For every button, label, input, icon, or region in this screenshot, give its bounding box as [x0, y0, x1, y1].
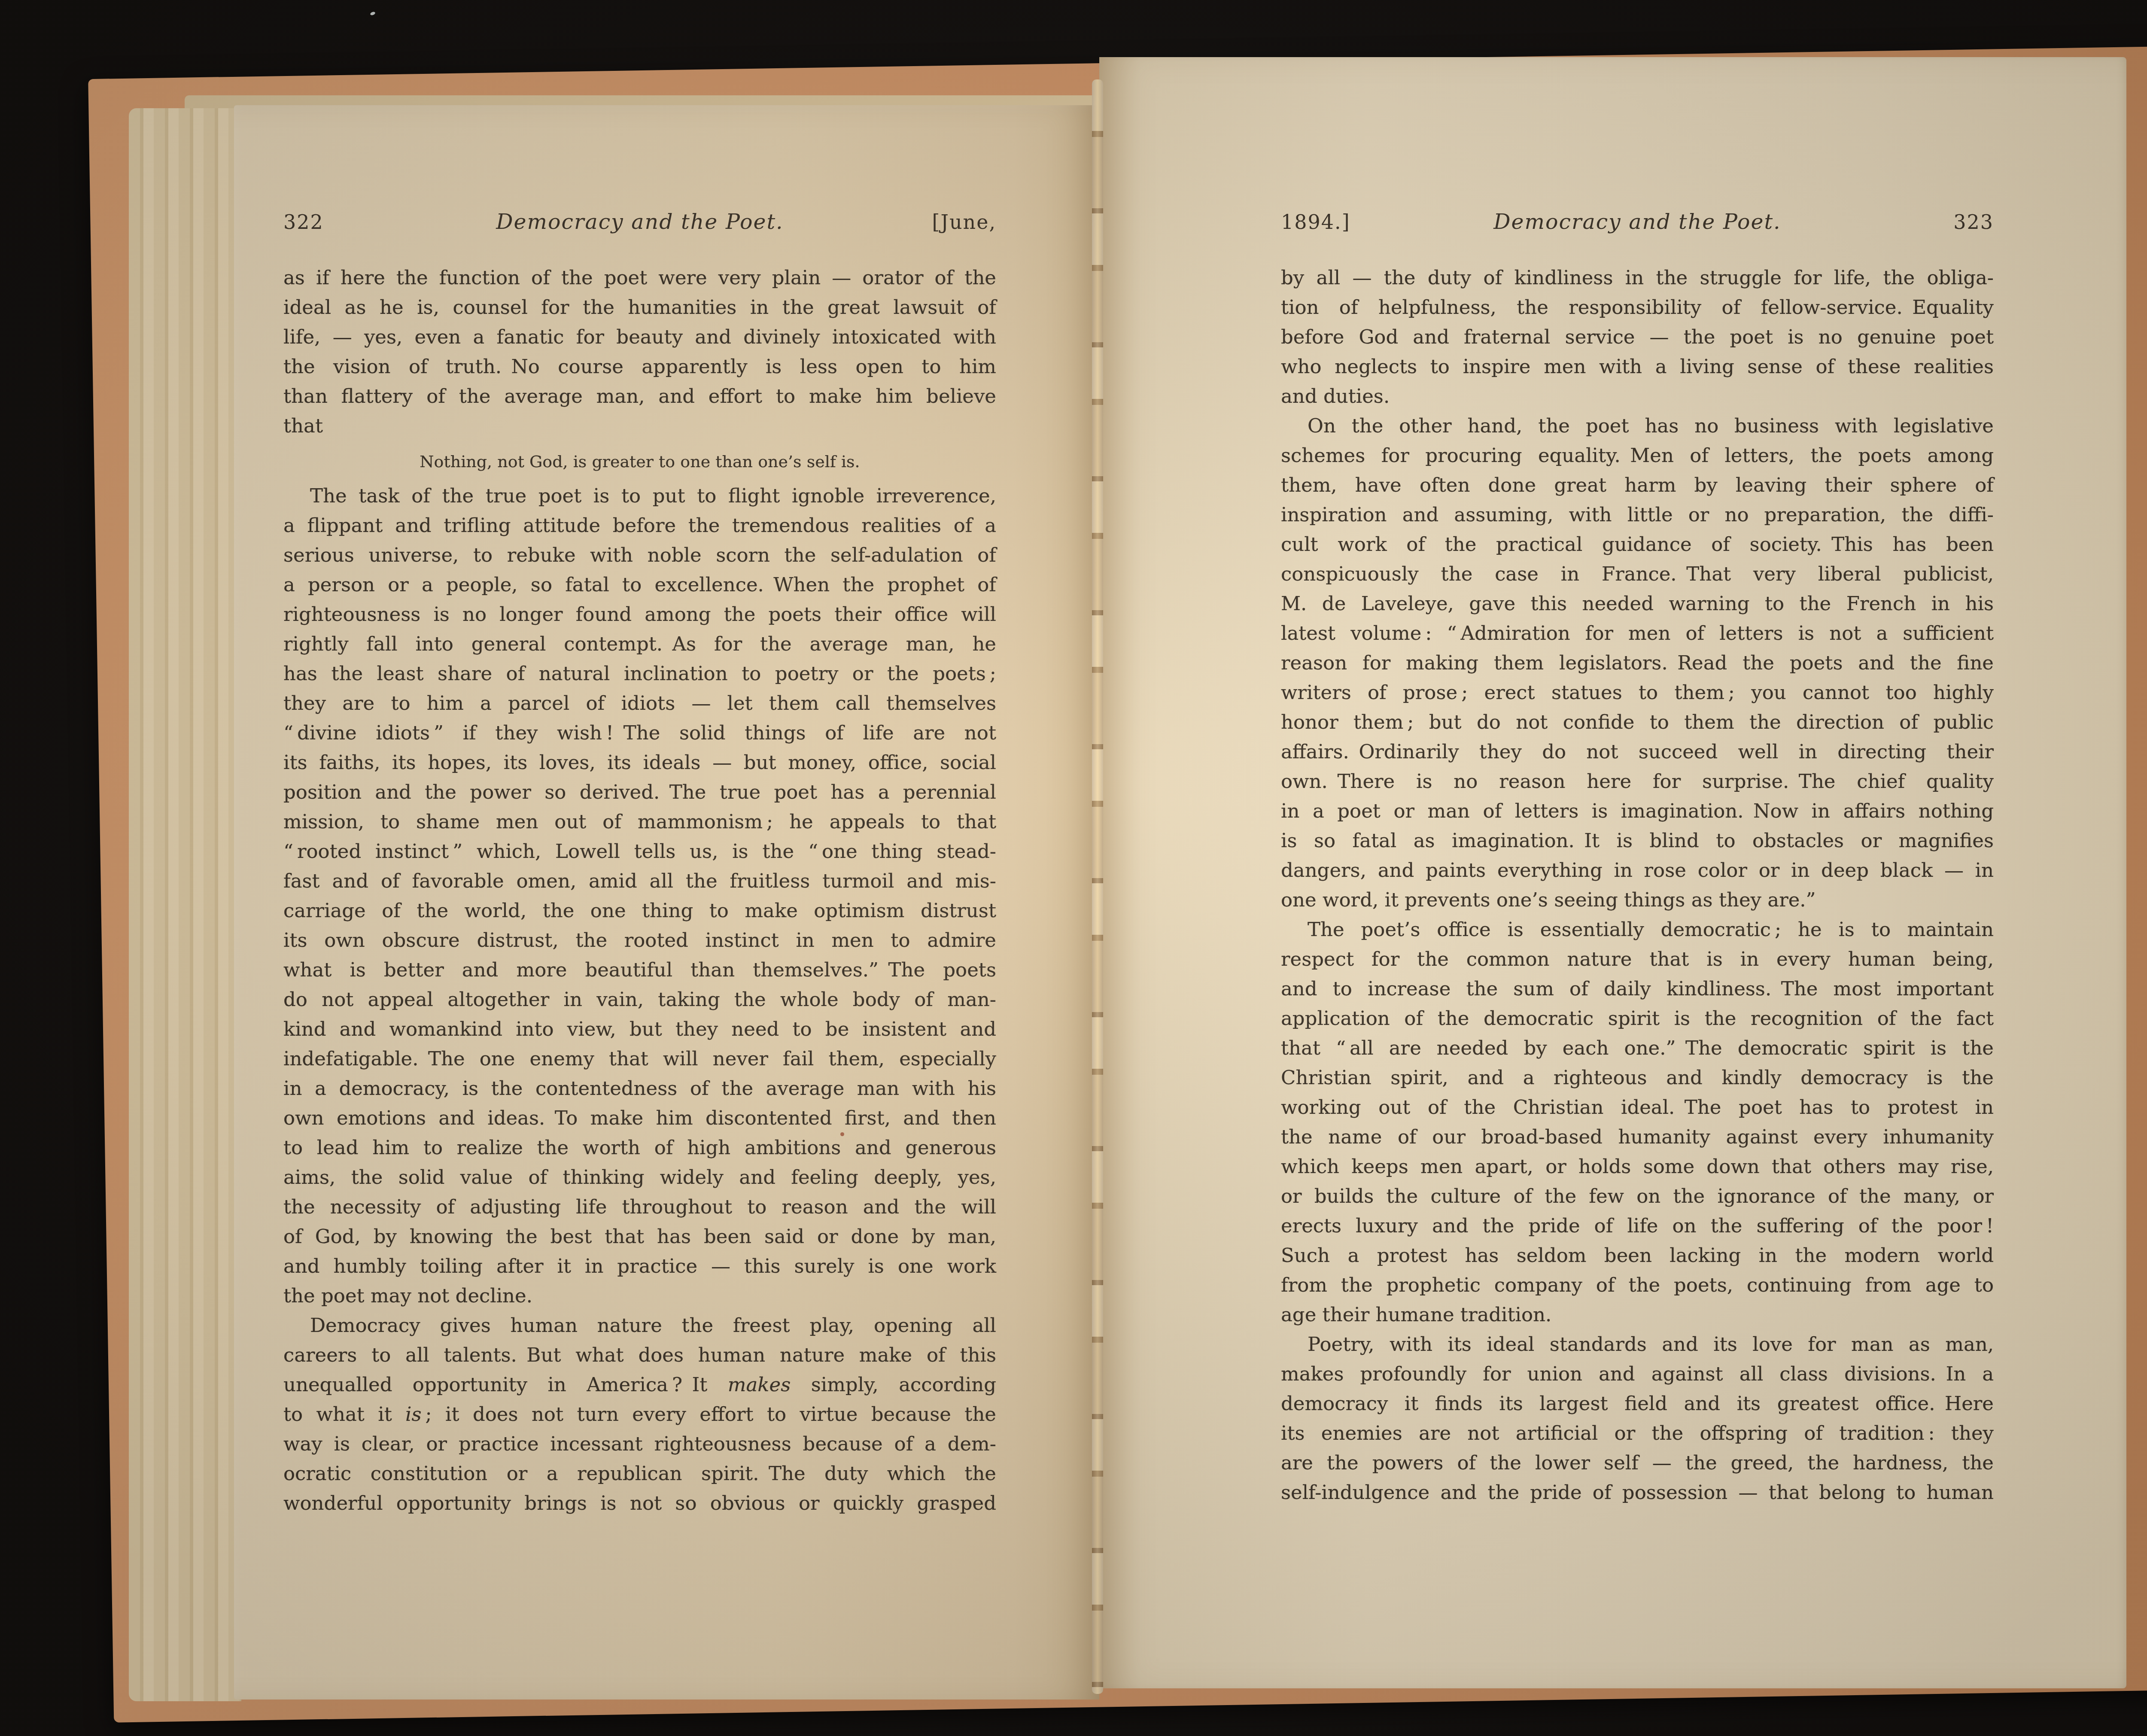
text-line: mission, to shame men out of mammonism ;… — [283, 807, 996, 836]
text-line: careers to all talents. But what does hu… — [283, 1340, 996, 1370]
scanned-book-spread: 322 Democracy and the Poet. [June, as if… — [0, 0, 2147, 1736]
text-line: own emotions and ideas. To make him disc… — [283, 1103, 996, 1133]
text-line: from the prophetic company of the poets,… — [1281, 1270, 1994, 1300]
text-line: to what it is ; it does not turn every e… — [283, 1399, 996, 1429]
text-line: unequalled opportunity in America ? It m… — [283, 1370, 996, 1399]
text-line: conspicuously the case in France. That v… — [1281, 559, 1994, 589]
paragraph: Poetry, with its ideal standards and its… — [1281, 1329, 1994, 1507]
text-line: indefatigable. The one enemy that will n… — [283, 1044, 996, 1073]
text-line: righteousness is no longer found among t… — [283, 599, 996, 629]
quote-line: Nothing, not God, is greater to one than… — [283, 449, 996, 474]
text-line: ideal as he is, counsel for the humaniti… — [283, 292, 996, 322]
text-line: wonderful opportunity brings is not so o… — [283, 1488, 996, 1518]
text-line: affairs. Ordinarily they do not succeed … — [1281, 737, 1994, 766]
page-number: 323 — [1953, 210, 1994, 234]
text-line: than flattery of the average man, and ef… — [283, 381, 996, 411]
text-line: On the other hand, the poet has no busin… — [1281, 411, 1994, 441]
text-line: in a democracy, is the contentedness of … — [283, 1073, 996, 1103]
page-header: 322 Democracy and the Poet. [June, — [283, 210, 996, 240]
text-line: are the powers of the lower self — the g… — [1281, 1448, 1994, 1478]
paragraph: by all — the duty of kindliness in the s… — [1281, 263, 1994, 411]
text-line: tion of helpfulness, the responsibility … — [1281, 292, 1994, 322]
text-line: position and the power so derived. The t… — [283, 777, 996, 807]
paragraph: as if here the function of the poet were… — [283, 263, 996, 441]
text-line: Christian spirit, and a righteous and ki… — [1281, 1063, 1994, 1092]
text-line: the poet may not decline. — [283, 1281, 996, 1310]
text-line: Poetry, with its ideal standards and its… — [1281, 1329, 1994, 1359]
text-line: Such a protest has seldom been lacking i… — [1281, 1240, 1994, 1270]
text-line: “ divine idiots ” if they wish ! The sol… — [283, 718, 996, 748]
text-line: erects luxury and the pride of life on t… — [1281, 1211, 1994, 1240]
text-line: who neglects to inspire men with a livin… — [1281, 352, 1994, 381]
date-note: [June, — [932, 210, 996, 234]
left-page: 322 Democracy and the Poet. [June, as if… — [234, 105, 1099, 1700]
text-line: that “ all are needed by each one.” The … — [1281, 1033, 1994, 1063]
text-line: fast and of favorable omen, amid all the… — [283, 866, 996, 896]
text-line: is so fatal as imagination. It is blind … — [1281, 826, 1994, 855]
text-line: and humbly toiling after it in practice … — [283, 1251, 996, 1281]
text-line: in a poet or man of letters is imaginati… — [1281, 796, 1994, 826]
page-body: as if here the function of the poet were… — [283, 263, 996, 1518]
text-line: a flippant and trifling attitude before … — [283, 511, 996, 540]
text-line: reason for making them legislators. Read… — [1281, 648, 1994, 678]
text-line: and duties. — [1281, 381, 1994, 411]
text-line: self-indulgence and the pride of possess… — [1281, 1478, 1994, 1507]
text-line: its own obscure distrust, the rooted ins… — [283, 925, 996, 955]
text-line: democracy it finds its largest field and… — [1281, 1389, 1994, 1418]
text-line: schemes for procuring equality. Men of l… — [1281, 441, 1994, 470]
page-header: 1894.] Democracy and the Poet. 323 — [1281, 210, 1994, 240]
text-line: what is better and more beautiful than t… — [283, 955, 996, 985]
text-line: that — [283, 411, 996, 441]
text-line: has the least share of natural inclinati… — [283, 659, 996, 688]
paragraph: Democracy gives human nature the freest … — [283, 1310, 996, 1518]
page-body: by all — the duty of kindliness in the s… — [1281, 263, 1994, 1507]
text-line: The task of the true poet is to put to f… — [283, 481, 996, 511]
text-line: kind and womankind into view, but they n… — [283, 1014, 996, 1044]
text-line: cult work of the practical guidance of s… — [1281, 529, 1994, 559]
text-line: dangers, and paints everything in rose c… — [1281, 855, 1994, 885]
text-line: do not appeal altogether in vain, taking… — [283, 985, 996, 1014]
text-line: The poet’s office is essentially democra… — [1281, 915, 1994, 944]
text-line: the necessity of adjusting life througho… — [283, 1192, 996, 1222]
text-line: to lead him to realize the worth of high… — [283, 1133, 996, 1162]
text-line: working out of the Christian ideal. The … — [1281, 1092, 1994, 1122]
text-line: the vision of truth. No course apparentl… — [283, 352, 996, 381]
paragraph: On the other hand, the poet has no busin… — [1281, 411, 1994, 915]
text-line: or builds the culture of the few on the … — [1281, 1181, 1994, 1211]
page-edges-left — [129, 108, 241, 1701]
text-line: before God and fraternal service — the p… — [1281, 322, 1994, 352]
text-line: its enemies are not artificial or the of… — [1281, 1418, 1994, 1448]
text-line: the name of our broad-based humanity aga… — [1281, 1122, 1994, 1152]
text-line: age their humane tradition. — [1281, 1300, 1994, 1329]
text-line: respect for the common nature that is in… — [1281, 944, 1994, 974]
paragraph: The task of the true poet is to put to f… — [283, 481, 996, 1310]
verse-quote: Nothing, not God, is greater to one than… — [283, 449, 996, 474]
text-line: Democracy gives human nature the freest … — [283, 1310, 996, 1340]
dust-speck — [370, 11, 376, 16]
text-line: “ rooted instinct ” which, Lowell tells … — [283, 836, 996, 866]
text-line: carriage of the world, the one thing to … — [283, 896, 996, 925]
text-line: way is clear, or practice incessant righ… — [283, 1429, 996, 1459]
binding-gutter-seam — [1092, 79, 1103, 1694]
text-line: serious universe, to rebuke with noble s… — [283, 540, 996, 570]
text-line: own. There is no reason here for surpris… — [1281, 766, 1994, 796]
running-title: Democracy and the Poet. — [283, 210, 996, 234]
text-line: one word, it prevents one’s seeing thing… — [1281, 885, 1994, 915]
running-title: Democracy and the Poet. — [1281, 210, 1994, 234]
text-line: by all — the duty of kindliness in the s… — [1281, 263, 1994, 292]
text-line: honor them ; but do not confide to them … — [1281, 707, 1994, 737]
text-line: as if here the function of the poet were… — [283, 263, 996, 292]
text-line: application of the democratic spirit is … — [1281, 1003, 1994, 1033]
text-line: M. de Laveleye, gave this needed warning… — [1281, 589, 1994, 618]
text-line: rightly fall into general contempt. As f… — [283, 629, 996, 659]
text-line: writers of prose ; erect statues to them… — [1281, 678, 1994, 707]
dust-speck — [840, 1132, 844, 1136]
text-line: they are to him a parcel of idiots — let… — [283, 688, 996, 718]
text-line: makes profoundly for union and against a… — [1281, 1359, 1994, 1389]
text-line: which keeps men apart, or holds some dow… — [1281, 1152, 1994, 1181]
text-line: them, have often done great harm by leav… — [1281, 470, 1994, 500]
text-line: and to increase the sum of daily kindlin… — [1281, 974, 1994, 1003]
text-line: of God, by knowing the best that has bee… — [283, 1222, 996, 1251]
text-line: its faiths, its hopes, its loves, its id… — [283, 748, 996, 777]
text-line: a person or a people, so fatal to excell… — [283, 570, 996, 599]
paragraph: The poet’s office is essentially democra… — [1281, 915, 1994, 1329]
right-page: 1894.] Democracy and the Poet. 323 by al… — [1099, 57, 2126, 1688]
text-line: inspiration and assuming, with little or… — [1281, 500, 1994, 529]
text-line: latest volume : “ Admiration for men of … — [1281, 618, 1994, 648]
text-line: aims, the solid value of thinking widely… — [283, 1162, 996, 1192]
text-line: ocratic constitution or a republican spi… — [283, 1459, 996, 1488]
text-line: life, — yes, even a fanatic for beauty a… — [283, 322, 996, 352]
